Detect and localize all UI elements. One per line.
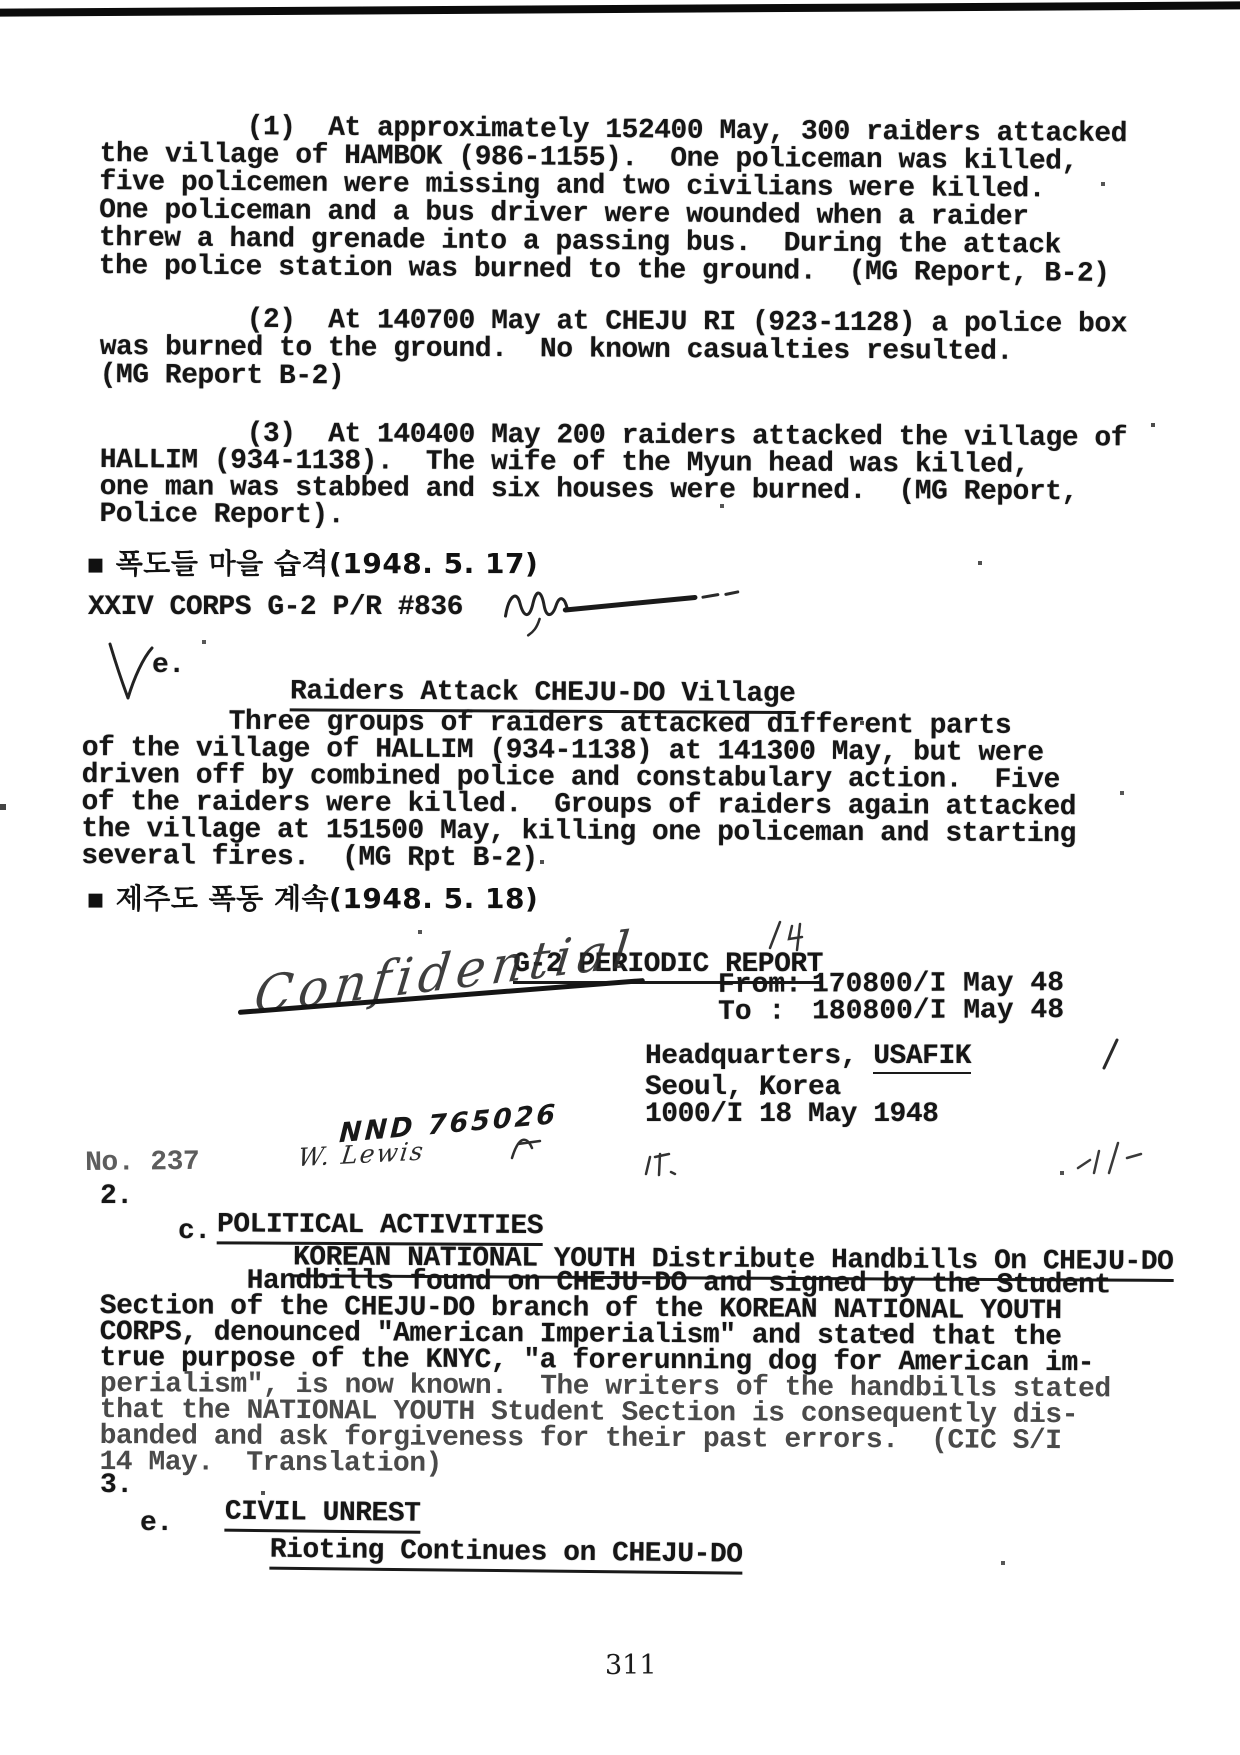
subsection-label-rioting: e. bbox=[140, 1510, 173, 1538]
handwritten-mark-periodic bbox=[762, 916, 814, 956]
subsection-heading-rioting-text: Rioting Continues on CHEJU-DO bbox=[270, 1537, 743, 1575]
from-label: From: bbox=[718, 971, 812, 998]
section-number-civil: 3. bbox=[100, 1472, 133, 1500]
korean-note-2: ▪ 제주도 폭동 계속(1948. 5. 18) bbox=[86, 884, 538, 914]
handwritten-scribble-corps bbox=[496, 572, 748, 629]
page-number: 311 bbox=[605, 1650, 657, 1681]
paragraph-handbills-lower: perialism", is now known. The writers of… bbox=[99, 1372, 1110, 1481]
handwritten-mark-right bbox=[1072, 1138, 1152, 1178]
signature-handwriting: W. Lewis bbox=[296, 1136, 426, 1172]
scan-noise-speckles bbox=[0, 0, 2, 2]
paragraph-incident-3: (3) At 140400 May 200 raiders attacked t… bbox=[99, 420, 1127, 533]
korean-note-1: ▪ 폭도들 마을 습격(1948. 5. 17) bbox=[86, 549, 538, 579]
paragraph-raiders-detail: Three groups of raiders attacked differe… bbox=[81, 708, 1076, 875]
handwritten-checkmark bbox=[100, 638, 156, 704]
headquarters-block: Headquarters, USAFIK Seoul, Korea 1000/I… bbox=[645, 1043, 971, 1128]
handwritten-mark-center bbox=[638, 1146, 686, 1182]
hq-unit: USAFIK bbox=[873, 1043, 971, 1074]
to-value: 180800/I May 48 bbox=[812, 997, 1064, 1025]
section-label-e: e. bbox=[152, 652, 185, 680]
subsection-label-c: c. bbox=[178, 1218, 211, 1246]
paragraph-incident-1: (1) At approximately 152400 May, 300 rai… bbox=[99, 113, 1127, 289]
scan-artifact-top-bar bbox=[0, 1, 1240, 16]
to-label: To : bbox=[718, 998, 812, 1025]
section-number-political: 2. bbox=[100, 1183, 133, 1211]
hq-datetime: 1000/I 18 May 1948 bbox=[645, 1099, 938, 1130]
document-number: No. 237 bbox=[85, 1149, 199, 1178]
paragraph-handbills-upper: Handbills found on CHEJU-DO and signed b… bbox=[99, 1268, 1110, 1377]
handwritten-initials-mark bbox=[506, 1130, 556, 1166]
subsection-heading-rioting: Rioting Continues on CHEJU-DO bbox=[204, 1508, 743, 1603]
from-value: 170800/I May 48 bbox=[812, 970, 1064, 998]
scanned-report-page: (1) At approximately 152400 May, 300 rai… bbox=[0, 0, 1240, 1755]
hq-prefix: Headquarters, bbox=[645, 1041, 857, 1072]
handwritten-slash-usafik bbox=[1100, 1036, 1122, 1072]
report-period-block: From: 170800/I May 48 To : 180800/I May … bbox=[718, 970, 1064, 1026]
paragraph-incident-2: (2) At 140700 May at CHEJU RI (923-1128)… bbox=[100, 306, 1128, 395]
corps-source-line: XXIV CORPS G-2 P/R #836 bbox=[88, 594, 463, 622]
